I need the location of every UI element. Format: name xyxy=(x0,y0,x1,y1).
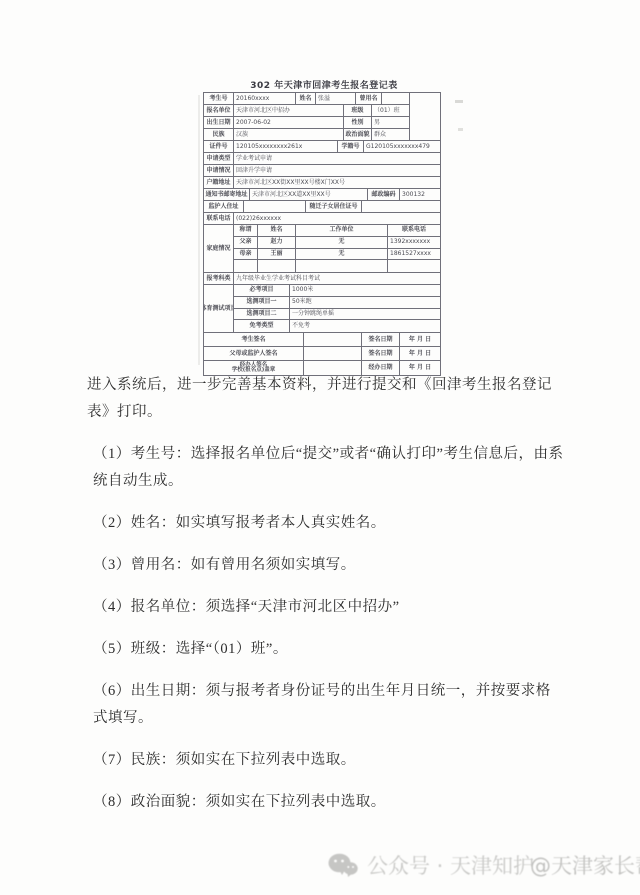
table-row: 父亲 赵力 无 1392xxxxxxx xyxy=(234,237,440,249)
cell-label: 出生日期 xyxy=(204,117,234,128)
instruction-item-1: （1）考生号：选择报名单位后“提交”或者“确认打印”考生信息后，由系统自动生成。 xyxy=(87,441,565,495)
registration-form-scan: 302 年天津市回津考生报名登记表 考生号 20160xxxx 姓名 张溢 曾用… xyxy=(203,78,445,376)
cell-label: 选测项目二 xyxy=(234,309,290,320)
intro-paragraph: 进入系统后，进一步完善基本资料，并进行提交和《回津考生报名登记表》打印。 xyxy=(87,372,565,426)
cell-value: G120105xxxxxxx479 xyxy=(364,141,440,152)
cell-value: 年 月 日 xyxy=(400,333,440,346)
scanned-document-page: 302 年天津市回津考生报名登记表 考生号 20160xxxx 姓名 张溢 曾用… xyxy=(0,0,640,895)
cell-value: 汉族 xyxy=(234,129,344,140)
cell-label: 报考科类 xyxy=(204,273,234,284)
instruction-item-4: （4）报名单位：须选择“天津市河北区中招办” xyxy=(87,594,565,621)
table-row: 母亲 王丽 无 1861527xxxx xyxy=(234,249,440,261)
cell-label: 民族 xyxy=(204,129,234,140)
cell-label: 联系电话 xyxy=(204,213,234,224)
table-row: 证件号 120105xxxxxxxx261x 学籍号 G120105xxxxxx… xyxy=(204,141,440,153)
scan-artifact xyxy=(198,95,200,365)
cell-label: 申请情况 xyxy=(204,165,234,176)
cell-label: 免考类型 xyxy=(234,320,290,332)
cell-value: 一分钟跳绳单摇 xyxy=(290,309,440,320)
cell-value: 天津市河北区中招办 xyxy=(234,105,344,116)
cell-label: 工作单位 xyxy=(296,225,388,236)
table-row: 报名单位 天津市河北区中招办 班级 （01）班 xyxy=(204,105,440,117)
instruction-item-7: （7）民族：须如实在下拉列表中选取。 xyxy=(87,747,565,774)
cell-label: 曾用名 xyxy=(356,93,382,104)
cell-label: 班级 xyxy=(344,105,372,116)
cell-value: 2007-06-02 xyxy=(234,117,344,128)
cell-value: 1392xxxxxxx xyxy=(388,237,440,248)
table-row: 民族 汉族 政治面貌 群众 xyxy=(204,129,440,141)
cell-label: 姓名 xyxy=(296,93,316,104)
cell-label: 联系电话 xyxy=(388,225,440,236)
signature-row: 考生签名 签名日期 年 月 日 xyxy=(204,333,440,347)
cell-value: 无 xyxy=(296,237,388,248)
cell-label: 家庭情况 xyxy=(204,225,234,272)
table-row: 选测项目二 一分钟跳绳单摇 xyxy=(234,309,440,321)
cell-value: 回津升学申请 xyxy=(234,165,440,176)
cell-value xyxy=(388,260,440,272)
cell-label: 考生号 xyxy=(204,93,234,104)
cell-value xyxy=(244,201,306,212)
instruction-item-8: （8）政治面貌：须如实在下拉列表中选取。 xyxy=(87,789,565,816)
cell-value: 不免考 xyxy=(290,320,440,332)
cell-value: 20160xxxx xyxy=(234,93,296,104)
cell-value: 1861527xxxx xyxy=(388,249,440,260)
cell-label: 申请类型 xyxy=(204,153,234,164)
family-subtable: 称谓 姓名 工作单位 联系电话 父亲 赵力 无 1392xxxxxxx 母亲 王… xyxy=(234,225,440,272)
table-row: 通知书邮寄地址 天津市河北区XX道XX里XX号 邮政编码 300132 xyxy=(204,189,440,201)
cell-label: 户籍地址 xyxy=(204,177,234,188)
table-row: 监护人住址 随迁子女居住证号 xyxy=(204,201,440,213)
cell-label: 邮政编码 xyxy=(368,189,400,200)
cell-value: 300132 xyxy=(400,189,440,200)
sports-section: 体育测试项目 必考项目 1000米 选测项目一 50米跑 选测项目二 一分钟跳绳… xyxy=(204,285,440,333)
wechat-icon xyxy=(328,853,358,878)
table-row: 免考类型 不免考 xyxy=(234,320,440,332)
cell-value: 王丽 xyxy=(258,249,296,260)
cell-label: 体育测试项目 xyxy=(204,285,234,332)
cell-label: 学籍号 xyxy=(338,141,364,152)
cell-label: 必考项目 xyxy=(234,285,290,296)
cell-label: 政治面貌 xyxy=(344,129,372,140)
cell-value: (022)26xxxxxx xyxy=(234,213,440,224)
cell-value: 120105xxxxxxxx261x xyxy=(234,141,338,152)
table-row: 出生日期 2007-06-02 性别 男 xyxy=(204,117,440,129)
instruction-item-5: （5）班级：选择“（01）班”。 xyxy=(87,636,565,663)
cell-label: 监护人住址 xyxy=(204,201,244,212)
table-row: 联系电话 (022)26xxxxxx xyxy=(204,213,440,225)
table-row xyxy=(234,260,440,272)
form-title: 302 年天津市回津考生报名登记表 xyxy=(203,78,445,91)
family-section: 家庭情况 称谓 姓名 工作单位 联系电话 父亲 赵力 无 1392xxxxxxx xyxy=(204,225,440,273)
cell-label: 通知书邮寄地址 xyxy=(204,189,250,200)
scan-artifact xyxy=(458,128,463,131)
scan-artifact xyxy=(455,100,463,103)
sports-subtable: 必考项目 1000米 选测项目一 50米跑 选测项目二 一分钟跳绳单摇 免考类型… xyxy=(234,285,440,332)
cell-label: 称谓 xyxy=(234,225,258,236)
watermark: 公众号 · 天津知护 @天津家长帮 xyxy=(328,850,640,880)
cell-label: 签名日期 xyxy=(362,347,400,360)
cell-value: 年 月 日 xyxy=(400,347,440,360)
cell-label: 考生签名 xyxy=(204,333,304,346)
signature-row: 父母或监护人签名 签名日期 年 月 日 xyxy=(204,347,440,361)
cell-value: 无 xyxy=(296,249,388,260)
cell-value: 1000米 xyxy=(290,285,440,296)
cell-value: 张溢 xyxy=(316,93,356,104)
cell-label: 父母或监护人签名 xyxy=(204,347,304,360)
watermark-text: 公众号 · 天津知护 xyxy=(367,850,534,880)
cell-label: 报名单位 xyxy=(204,105,234,116)
cell-label: 姓名 xyxy=(258,225,296,236)
cell-value xyxy=(362,201,440,212)
cell-value xyxy=(258,260,296,272)
cell-value: 天津市河北区XX道XX里XX号 xyxy=(250,189,368,200)
table-row: 选测项目一 50米跑 xyxy=(234,297,440,309)
cell-value: 赵力 xyxy=(258,237,296,248)
table-row: 称谓 姓名 工作单位 联系电话 xyxy=(234,225,440,237)
instructions: 进入系统后，进一步完善基本资料，并进行提交和《回津考生报名登记表》打印。 （1）… xyxy=(87,372,565,831)
cell-value: 50米跑 xyxy=(290,297,440,308)
cell-label: 签名日期 xyxy=(362,333,400,346)
instruction-item-6: （6）出生日期：须与报考者身份证号的出生年月日统一，并按要求格式填写。 xyxy=(87,678,565,732)
cell-value: 九年级毕业生学业考试科目考试 xyxy=(234,273,440,284)
photo-box xyxy=(409,93,440,141)
cell-label: 证件号 xyxy=(204,141,234,152)
cell-value: 天津市河北区XX街XX里XX号楼X门XX号 xyxy=(234,177,440,188)
cell-value xyxy=(304,347,362,360)
cell-label: 选测项目一 xyxy=(234,297,290,308)
watermark-overlay-text: @天津家长帮 xyxy=(530,850,640,880)
table-row: 必考项目 1000米 xyxy=(234,285,440,297)
instruction-item-3: （3）曾用名：如有曾用名须如实填写。 xyxy=(87,552,565,579)
cell-value xyxy=(296,260,388,272)
form-table: 考生号 20160xxxx 姓名 张溢 曾用名 报名单位 天津市河北区中招办 班… xyxy=(203,92,441,376)
table-row: 申请类型 学业考试申请 xyxy=(204,153,440,165)
cell-value xyxy=(234,260,258,272)
table-row: 报考科类 九年级毕业生学业考试科目考试 xyxy=(204,273,440,285)
cell-label: 随迁子女居住证号 xyxy=(306,201,362,212)
cell-value: 母亲 xyxy=(234,249,258,260)
cell-value: 父亲 xyxy=(234,237,258,248)
table-row: 考生号 20160xxxx 姓名 张溢 曾用名 xyxy=(204,93,440,105)
table-row: 户籍地址 天津市河北区XX街XX里XX号楼X门XX号 xyxy=(204,177,440,189)
cell-value: 学业考试申请 xyxy=(234,153,440,164)
instruction-item-2: （2）姓名：如实填写报考者本人真实姓名。 xyxy=(87,510,565,537)
cell-value xyxy=(304,333,362,346)
table-row: 申请情况 回津升学申请 xyxy=(204,165,440,177)
cell-label: 性别 xyxy=(344,117,372,128)
